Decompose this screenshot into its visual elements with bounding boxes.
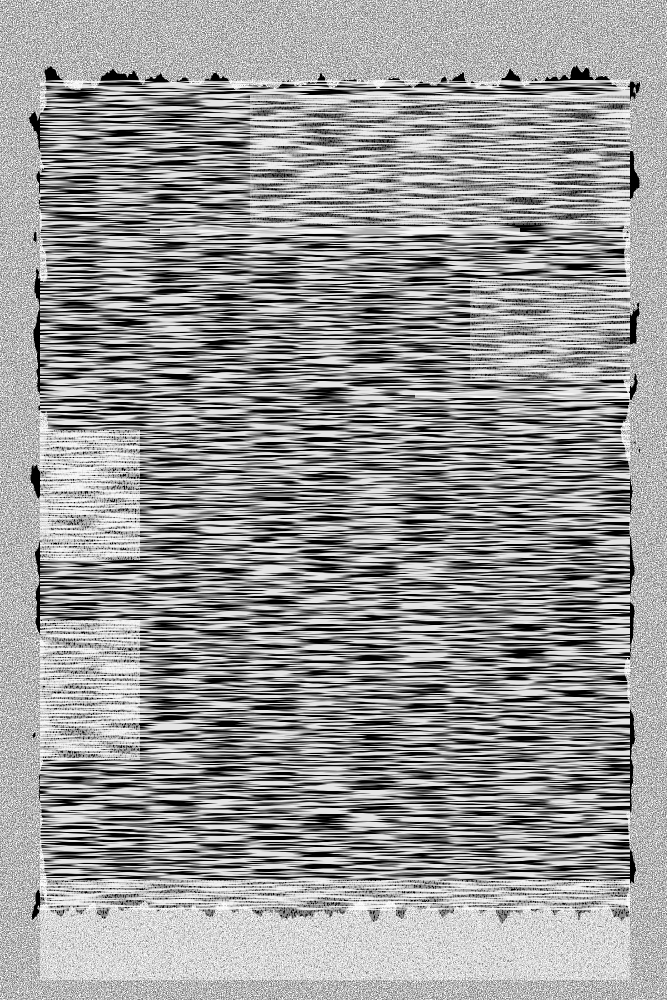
grunge-texture-canvas — [0, 0, 667, 1000]
grunge-texture — [0, 0, 667, 1000]
